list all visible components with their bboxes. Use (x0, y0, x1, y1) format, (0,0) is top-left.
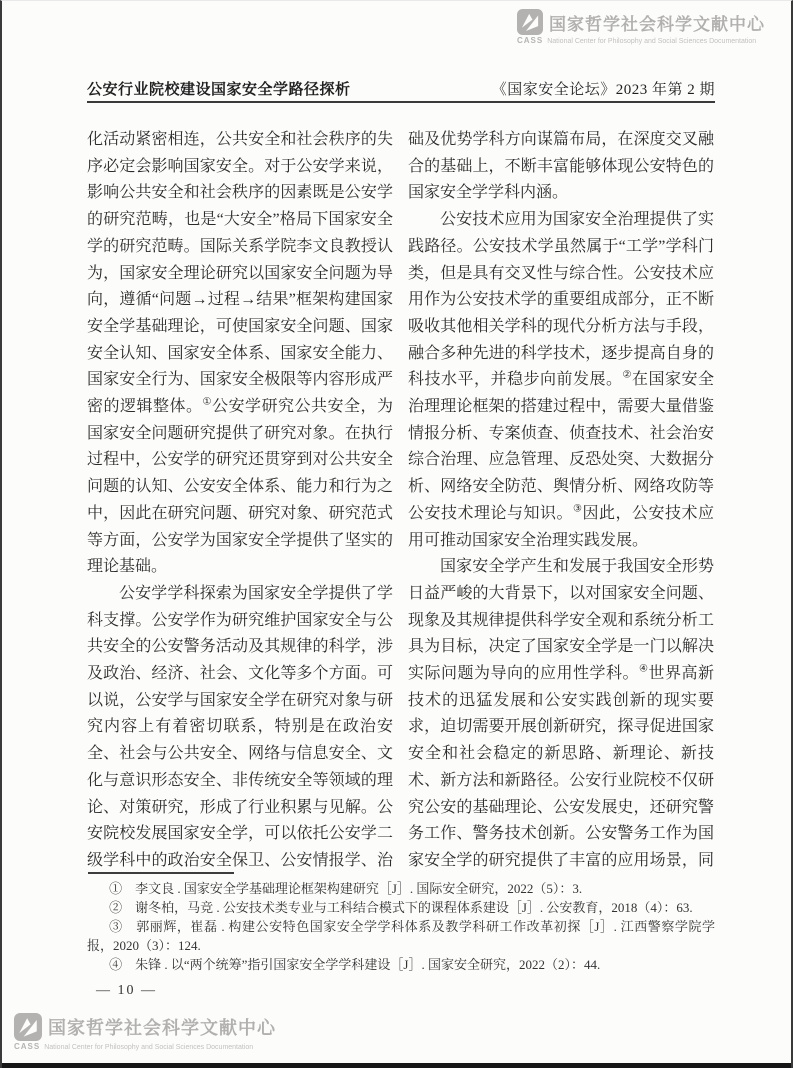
footnote: ① 李文良 . 国家安全学基础理论框架构建研究［J］. 国际安全研究，2022（… (87, 879, 715, 898)
watermark-bottom-row: 国家哲学社会科学文献中心 (14, 1013, 276, 1041)
watermark-top-row: 国家哲学社会科学文献中心 (517, 9, 765, 35)
page-header: 公安行业院校建设国家安全学路径探析 《国家安全论坛》2023 年第 2 期 (87, 78, 715, 99)
watermark-top: 国家哲学社会科学文献中心 CASS National Center for Ph… (517, 9, 765, 45)
page-number: — 10 — (96, 983, 157, 999)
document-page: 国家哲学社会科学文献中心 CASS National Center for Ph… (0, 0, 793, 1068)
footnote: ② 谢冬柏，马竞 . 公安技术类专业与工科结合模式下的课程体系建设［J］. 公安… (87, 898, 715, 917)
paragraph: 公安学学科探索为国家安全学提供了学科支撑。公安学作为研究维护国家安全与公共安全的… (87, 581, 393, 875)
footnote: ④ 朱锋 . 以“两个统筹”指引国家安全学学科建设［J］. 国家安全研究，202… (87, 955, 715, 974)
watermark-org-name: 国家哲学社会科学文献中心 (549, 10, 765, 35)
paragraph: 础及优势学科方向谋篇布局，在深度交叉融合的基础上，不断丰富能够体现公安特色的国家… (408, 127, 714, 207)
watermark-bottom-subtitle: CASS National Center for Philosophy and … (14, 1042, 276, 1051)
watermark-org-name: 国家哲学社会科学文献中心 (48, 1014, 276, 1040)
article-body: 化活动紧密相连，公共安全和社会秩序的失序必定会影响国家安全。对于公安学来说，影响… (87, 127, 715, 875)
watermark-org-en: National Center for Philosophy and Socia… (547, 38, 756, 45)
right-column: 础及优势学科方向谋篇布局，在深度交叉融合的基础上，不断丰富能够体现公安特色的国家… (408, 127, 714, 875)
footnote-separator (88, 872, 234, 874)
left-column: 化活动紧密相连，公共安全和社会秩序的失序必定会影响国家安全。对于公安学来说，影响… (87, 127, 393, 875)
watermark-org-en: National Center for Philosophy and Socia… (44, 1044, 253, 1051)
journal-issue: 《国家安全论坛》2023 年第 2 期 (492, 78, 715, 99)
cass-logo-icon (517, 9, 543, 35)
article-title: 公安行业院校建设国家安全学路径探析 (87, 78, 351, 99)
header-rule (87, 101, 715, 103)
footnotes: ① 李文良 . 国家安全学基础理论框架构建研究［J］. 国际安全研究，2022（… (87, 879, 715, 974)
cass-logo-icon (14, 1013, 42, 1041)
paragraph: 公安技术应用为国家安全治理提供了实践路径。公安技术学虽然属于“工学”学科门类，但… (408, 207, 714, 554)
watermark-logo-abbr: CASS (517, 36, 543, 45)
watermark-top-subtitle: CASS National Center for Philosophy and … (517, 36, 765, 45)
paragraph: 化活动紧密相连，公共安全和社会秩序的失序必定会影响国家安全。对于公安学来说，影响… (87, 127, 393, 581)
page-bottom-edge (2, 1063, 791, 1068)
footnote: ③ 郭丽辉，崔磊 . 构建公安特色国家安全学学科体系及教学科研工作改革初探［J］… (87, 917, 715, 955)
watermark-logo-abbr: CASS (14, 1042, 40, 1051)
paragraph: 国家安全学产生和发展于我国安全形势日益严峻的大背景下，以对国家安全问题、现象及其… (408, 554, 714, 875)
watermark-bottom: 国家哲学社会科学文献中心 CASS National Center for Ph… (14, 1013, 276, 1051)
